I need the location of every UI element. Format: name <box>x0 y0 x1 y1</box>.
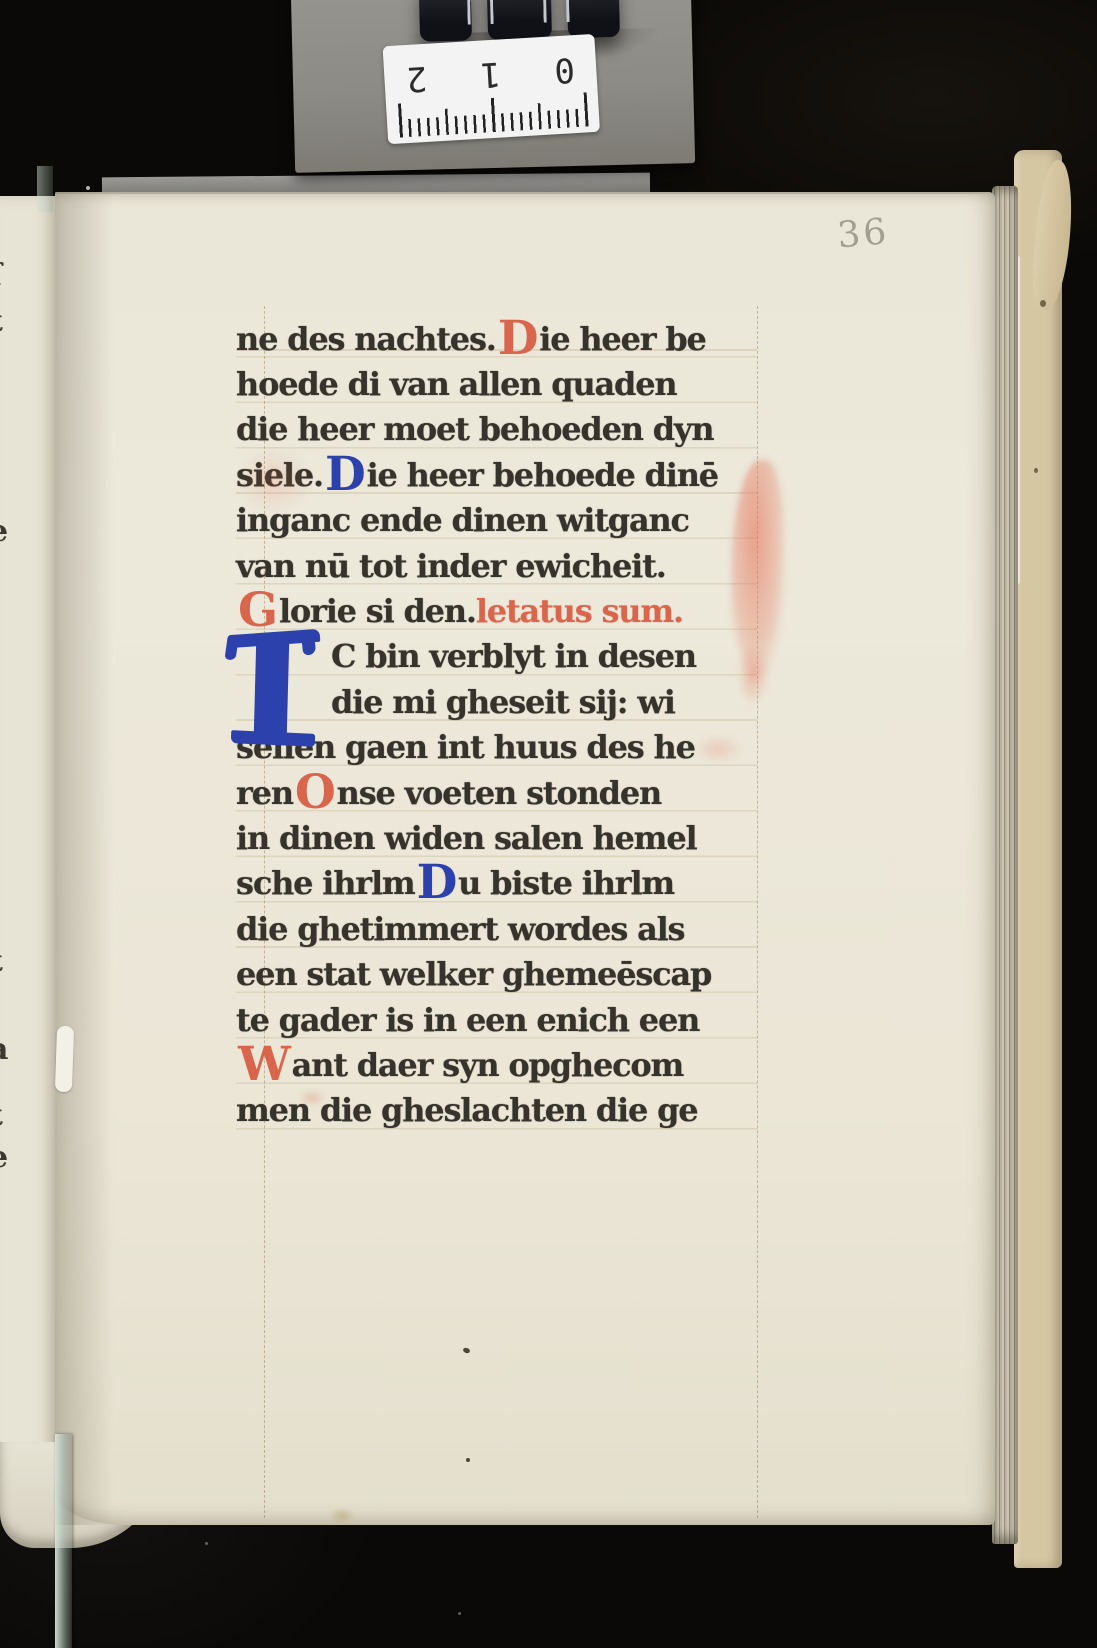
folio-number: 36 <box>836 209 921 272</box>
text-line: siele.Die heer behoede dinē <box>236 452 757 497</box>
body-text: lorie si den. <box>279 592 476 630</box>
body-text: u biste ihrlm <box>458 864 674 902</box>
dust-speck <box>458 1612 461 1615</box>
body-text: ie heer behoede dinē <box>367 456 718 494</box>
body-text: inganc ende dinen witganc <box>236 501 689 539</box>
red-offset-ghost <box>238 450 310 512</box>
fore-edge-page-stack <box>992 186 1018 1544</box>
red-offset-mark <box>298 1090 326 1106</box>
facing-page: ſtetate <box>0 196 58 1492</box>
text-line: hoede di van allen quaden <box>236 361 757 406</box>
cutoff-letter-fragment: ſ <box>0 258 1 293</box>
text-line: die heer moet behoeden dyn <box>236 407 757 452</box>
body-text: sche ihrlm <box>236 864 415 902</box>
ruler-number: 2 <box>405 58 428 99</box>
ruler-number: 1 <box>479 54 502 95</box>
text-line: een stat welker ghemeēscap <box>236 951 757 996</box>
cutoff-letter-fragment: a <box>0 1032 7 1067</box>
text-line: die ghetimmert wordes als <box>236 906 757 951</box>
glass-edge <box>37 166 53 212</box>
text-line: Want daer syn opghecom <box>236 1042 757 1087</box>
gray-calibration-card: 2 1 0 <box>291 0 695 173</box>
ink-speck <box>466 1458 470 1462</box>
dust-speck <box>86 186 90 190</box>
ruler-major-ticks <box>398 92 589 137</box>
parchment-chip <box>55 1026 74 1093</box>
body-text: die ghetimmert wordes als <box>236 910 684 948</box>
text-line: in dinen widen salen hemel <box>236 815 757 860</box>
ruler-scale-labels: 2 1 0 <box>383 48 597 101</box>
text-line: Glorie si den. letatus sum. <box>236 588 757 633</box>
cover-stain <box>1034 468 1038 473</box>
red-paint-smudge <box>731 460 785 678</box>
body-text: een stat welker ghemeēscap <box>236 955 711 993</box>
body-text: van nū tot inder ewicheit. <box>236 547 666 585</box>
drop-cap-hook <box>225 637 239 660</box>
ruler-number: 0 <box>553 49 576 90</box>
red-paint-smudge <box>738 646 768 704</box>
cutoff-letter-fragment: t <box>0 944 2 979</box>
text-line: ne des nachtes.Die heer be <box>236 316 757 361</box>
glass-edge <box>55 1434 72 1648</box>
photo-backdrop: 2 1 0 ſtetate 36 ne des nachtes.Die heer… <box>0 0 1097 1648</box>
body-text: ne des nachtes. <box>236 320 496 358</box>
cutoff-letter-fragment: e <box>0 1140 7 1175</box>
body-text: te gader is in een enich een <box>236 1001 699 1039</box>
clip-wire-icon <box>467 0 494 25</box>
binder-clip-icon <box>567 0 620 38</box>
clip-wire-icon <box>543 0 570 23</box>
red-offset-mark <box>694 735 742 763</box>
body-text: ren <box>236 774 293 812</box>
rubric-text: letatus sum. <box>476 592 683 630</box>
drop-cap-initial: I <box>228 630 322 746</box>
text-line: van nū tot inder ewicheit. <box>236 543 757 588</box>
gutter-shadow <box>55 192 133 1525</box>
stain <box>330 1508 354 1523</box>
cover-stain <box>1040 300 1046 307</box>
cutoff-letter-fragment: t <box>0 1098 2 1133</box>
binder-clip-icon <box>487 0 552 40</box>
drop-cap-bar <box>231 730 315 747</box>
body-text: nse voeten stonden <box>337 774 661 812</box>
cutoff-letter-fragment: t <box>0 304 2 339</box>
body-text: die mi gheseit sij: wi <box>331 683 675 721</box>
body-text: in dinen widen salen hemel <box>236 819 696 857</box>
body-text: ant daer syn opghecom <box>292 1046 684 1084</box>
drop-cap-hook <box>301 630 316 655</box>
body-text: die heer moet behoeden dyn <box>236 410 713 448</box>
ruler-sticker: 2 1 0 <box>383 34 600 144</box>
text-line: sche ihrlm Du biste ihrlm <box>236 861 757 906</box>
text-line: inganc ende dinen witganc <box>236 498 757 543</box>
dust-speck <box>205 1542 208 1545</box>
vellum-cover-edge <box>1014 150 1062 1568</box>
text-line: ren Onse voeten stonden <box>236 770 757 815</box>
body-text: hoede di van allen quaden <box>236 365 676 403</box>
cutoff-letter-fragment: e <box>0 514 7 549</box>
body-text: ie heer be <box>539 320 705 358</box>
body-text: C bin verblyt in desen <box>331 637 696 675</box>
text-line: te gader is in een enich een <box>236 997 757 1042</box>
binder-clip-icon <box>419 0 472 42</box>
drop-cap-stem <box>254 638 290 738</box>
